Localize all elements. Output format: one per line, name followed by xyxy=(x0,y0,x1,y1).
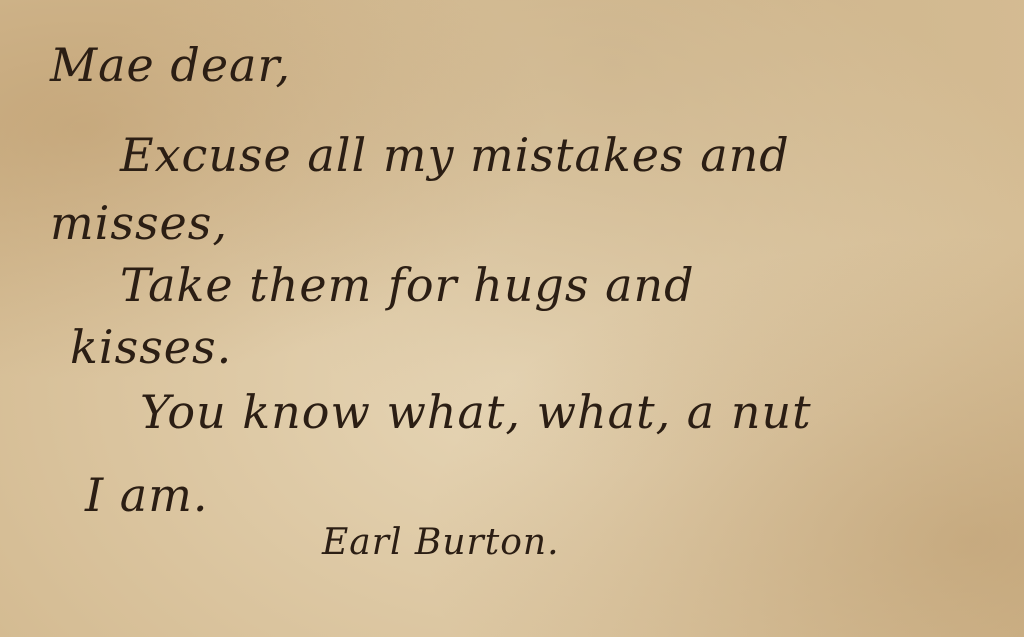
letter-line-2: misses, xyxy=(50,196,228,250)
letter-line-5: You know what, what, a nut xyxy=(140,385,812,439)
salutation: Mae dear, xyxy=(50,38,291,92)
letter-line-4: kisses. xyxy=(70,320,232,374)
letter-line-1: Excuse all my mistakes and xyxy=(120,128,790,182)
letter-line-6: I am. xyxy=(85,468,208,522)
signature: Earl Burton. xyxy=(322,522,560,563)
letter-line-3: Take them for hugs and xyxy=(120,258,695,312)
